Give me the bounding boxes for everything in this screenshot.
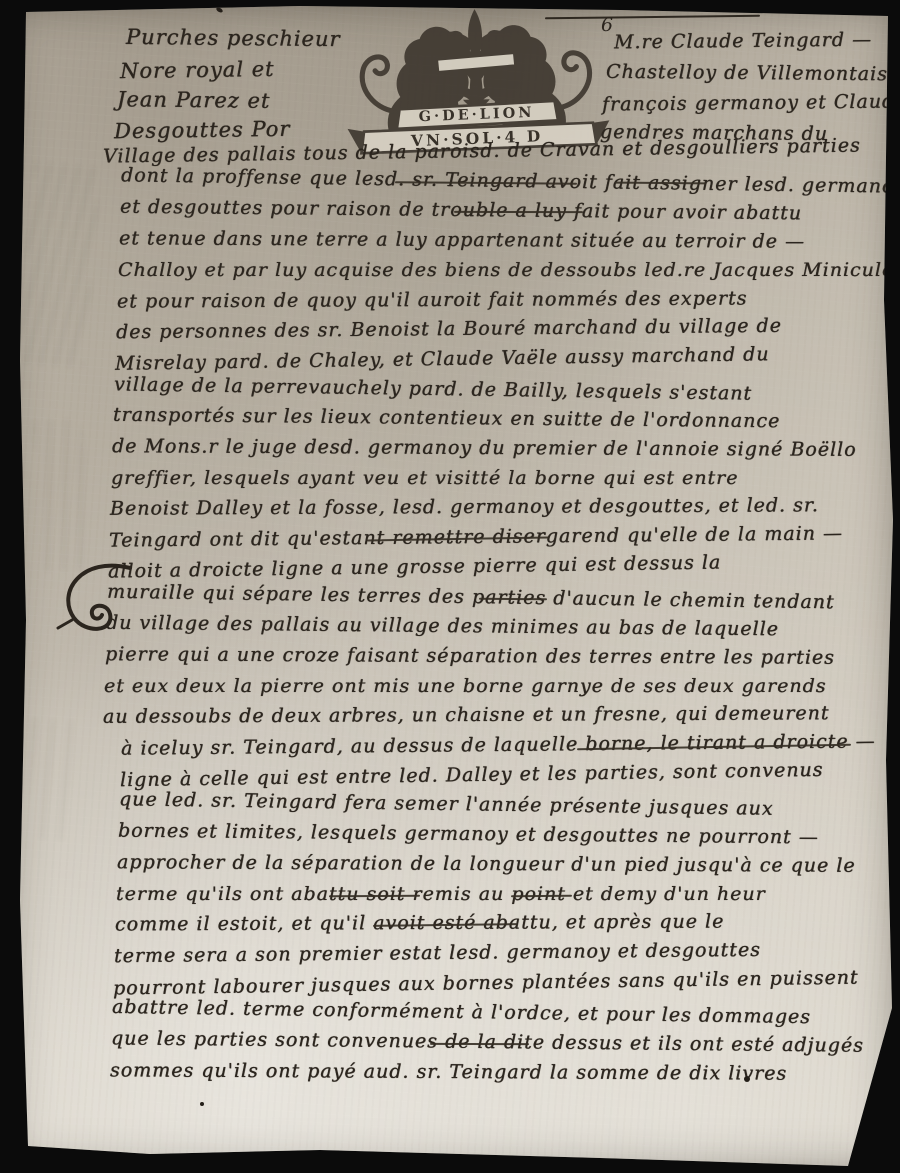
manuscript-line: greffier, lesquels ayant veu et visitté … [111,467,738,489]
manuscript-line: comme il estoit, et qu'il avoit esté aba… [115,911,724,936]
manuscript-line: Benoist Dalley et la fosse, lesd. german… [110,495,819,520]
ink-bleedthrough [27,719,73,841]
manuscript-line: Misrelay pard. de Chaley, et Claude Vaël… [115,343,770,375]
manuscript-line: et eux deux la pierre ont mis une borne … [104,675,827,697]
strikethrough-mark [511,894,572,896]
manuscript-line: pourront labourer jusques aux bornes pla… [113,966,859,999]
strikethrough-mark [615,181,706,184]
manuscript-line: sommes qu'ils ont payé aud. sr. Teingard… [110,1059,787,1084]
strikethrough-mark [329,894,420,897]
manuscript-page: 6 [0,0,900,1173]
manuscript-line: ligne à celle qui est entre led. Dalley … [120,759,824,791]
manuscript-line: dont la proffense que lesd. sr. Teingard… [121,164,900,198]
ink-bleedthrough [17,163,100,368]
ink-speck [215,7,223,14]
manuscript-line: village de la perrevauchely pard. de Bai… [114,373,752,404]
manuscript-line: alloit a droicte ligne a une grosse pier… [108,551,722,582]
ink-bleedthrough [33,419,91,572]
ink-speck [744,1076,750,1082]
manuscript-line: du village des pallais au village des mi… [106,612,779,641]
manuscript-photo: 6 [0,0,900,1173]
manuscript-line: terme sera a son premier estat lesd. ger… [114,939,761,967]
header-line: M.re Claude Teingard — [614,29,872,54]
manuscript-line: approcher de la séparation de la longueu… [117,851,856,877]
manuscript-line: et pour raison de quoy qu'il auroit fait… [117,287,748,312]
header-line: Desgouttes Por [114,117,291,143]
header-line: Purches peschieur [126,25,341,51]
header-line: Jean Parez et [117,87,271,113]
photo-background: { "document": { "page_number_mark": "6",… [0,0,900,1173]
manuscript-line: muraille qui sépare les terres des parti… [107,580,835,613]
manuscript-line: des personnes des sr. Benoist la Bouré m… [116,315,782,344]
manuscript-line: de Mons.r le juge desd. germanoy du prem… [112,435,857,461]
ink-speck [200,1102,204,1106]
header-line: Nore royal et [120,57,275,83]
strikethrough-mark [430,1043,529,1045]
strikethrough-mark [479,597,547,600]
manuscript-line: pierre qui a une croze faisant séparatio… [105,643,835,669]
manuscript-line: bornes et limites, lesquels germanoy et … [118,820,819,849]
manuscript-line: au dessoubs de deux arbres, un chaisne e… [103,703,830,729]
header-line: françois germanoy et Claude [602,90,900,115]
manuscript-line: et tenue dans une terre a luy appartenan… [119,227,805,252]
header-line: Chastelloy de Villemontais [606,61,888,85]
manuscript-line: transportés sur les lieux contentieux en… [113,404,780,433]
manuscript-line: terme qu'ils ont abattu soit remis au po… [116,883,766,905]
manuscript-line: Challoy et par luy acquise des biens de … [118,259,894,281]
manuscript-line: que led. sr. Teingard fera semer l'année… [119,789,774,821]
tax-stamp: G·DE·LION VN·SOL·4 D [318,2,633,161]
margin-paraph-flourish [52,562,148,648]
manuscript-line: abattre led. terme conformément à l'ordc… [112,996,811,1028]
manuscript-line: que les parties sont convenues de la dit… [111,1027,864,1056]
